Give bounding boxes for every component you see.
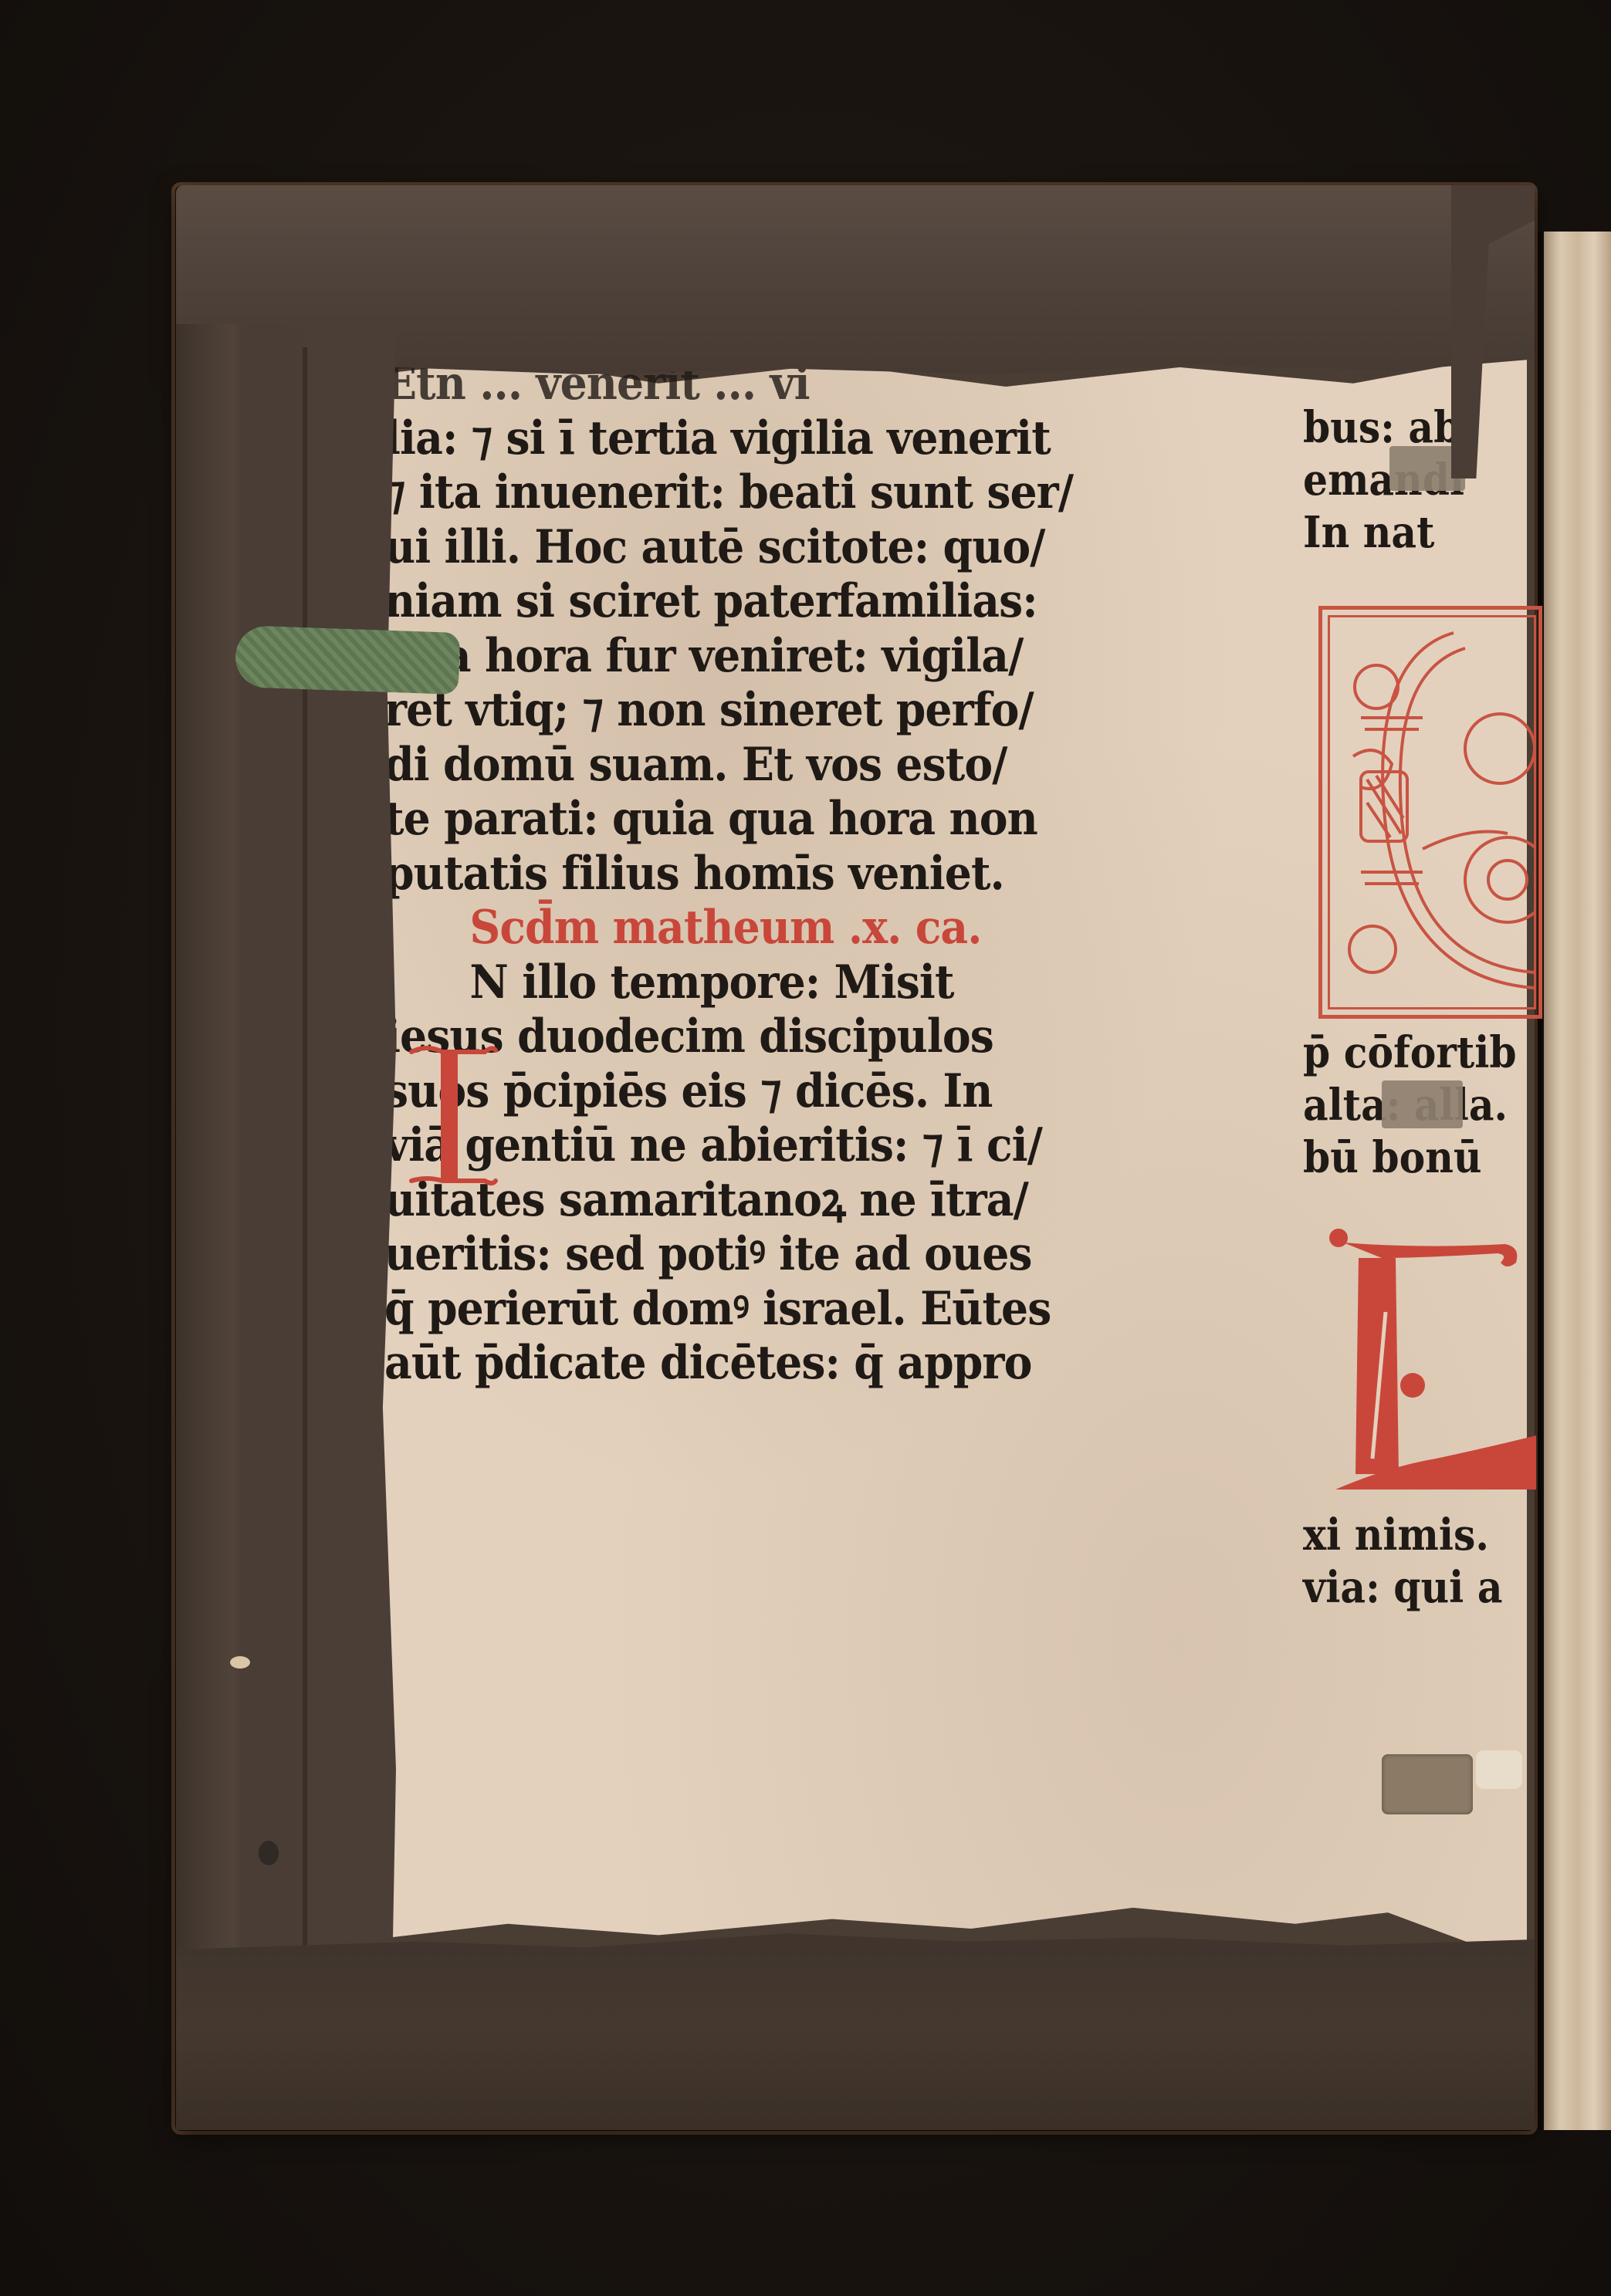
text-line: p̄ cōfortib (1303, 1026, 1511, 1079)
text-line: aūt p̄dicate dicētes: q̄ appro (384, 1336, 1137, 1391)
text-line: niam si sciret paterfamilias: (384, 574, 1137, 629)
woodcut-ornament-icon (1330, 617, 1534, 1007)
text-line: via: qui a (1303, 1561, 1511, 1614)
text-line: ret vtiq; ⁊ non sineret perfo/ (384, 683, 1137, 738)
woodcut-initial-inner-frame (1328, 615, 1536, 1009)
text-line: ueritis: sed potiꝰ ite ad oues (384, 1227, 1137, 1282)
red-initial-L (1328, 1227, 1536, 1490)
initial-letter-icon (1328, 1227, 1536, 1490)
adjacent-page-edge (1544, 232, 1611, 2130)
stain-mark (259, 1841, 279, 1865)
rubric-fragment: In nat (1303, 506, 1511, 559)
clasp-tab (1382, 1754, 1473, 1814)
leather-turn-in-bottom (176, 1929, 1535, 2130)
text-line: N illo tempore: Misit (384, 955, 1137, 1010)
ribbon-bookmark (235, 625, 461, 695)
red-initial-I (405, 1038, 498, 1189)
leather-spine-left (176, 324, 396, 2130)
text-line: qua hora fur veniret: vigila/ (384, 629, 1137, 684)
text-line: lia: ⁊ si ī tertia vigilia venerit (384, 411, 1137, 466)
text-line: bū bonū (1303, 1131, 1511, 1184)
clasp-fastening (1476, 1750, 1522, 1789)
main-text-column: Etn ... venerit ... vi lia: ⁊ si ī terti… (384, 357, 1203, 1391)
text-line: te parati: quia qua hora non (384, 792, 1137, 847)
rubric-heading: Scd̄m matheum .x. ca. (384, 901, 1137, 955)
text-line: ui illi. Hoc autē scitote: quo/ (384, 520, 1137, 575)
text-line: putatis filius homīs veniet. (384, 847, 1137, 901)
text-line: di domū suam. Et vos esto/ (384, 738, 1137, 793)
cloth-repair-patch (1382, 1080, 1463, 1128)
initial-letter-icon (405, 1038, 498, 1189)
peg-mark (230, 1656, 250, 1669)
right-column-block-c: xi nimis. via: qui a (1303, 1509, 1535, 1614)
text-line: xi nimis. (1303, 1509, 1511, 1561)
text-line: q̄ perierūt domꝰ israel. Eūtes (384, 1282, 1137, 1337)
spine-crease (303, 347, 307, 2030)
text-line: ⁊ ita inuenerit: beati sunt ser/ (384, 465, 1137, 520)
